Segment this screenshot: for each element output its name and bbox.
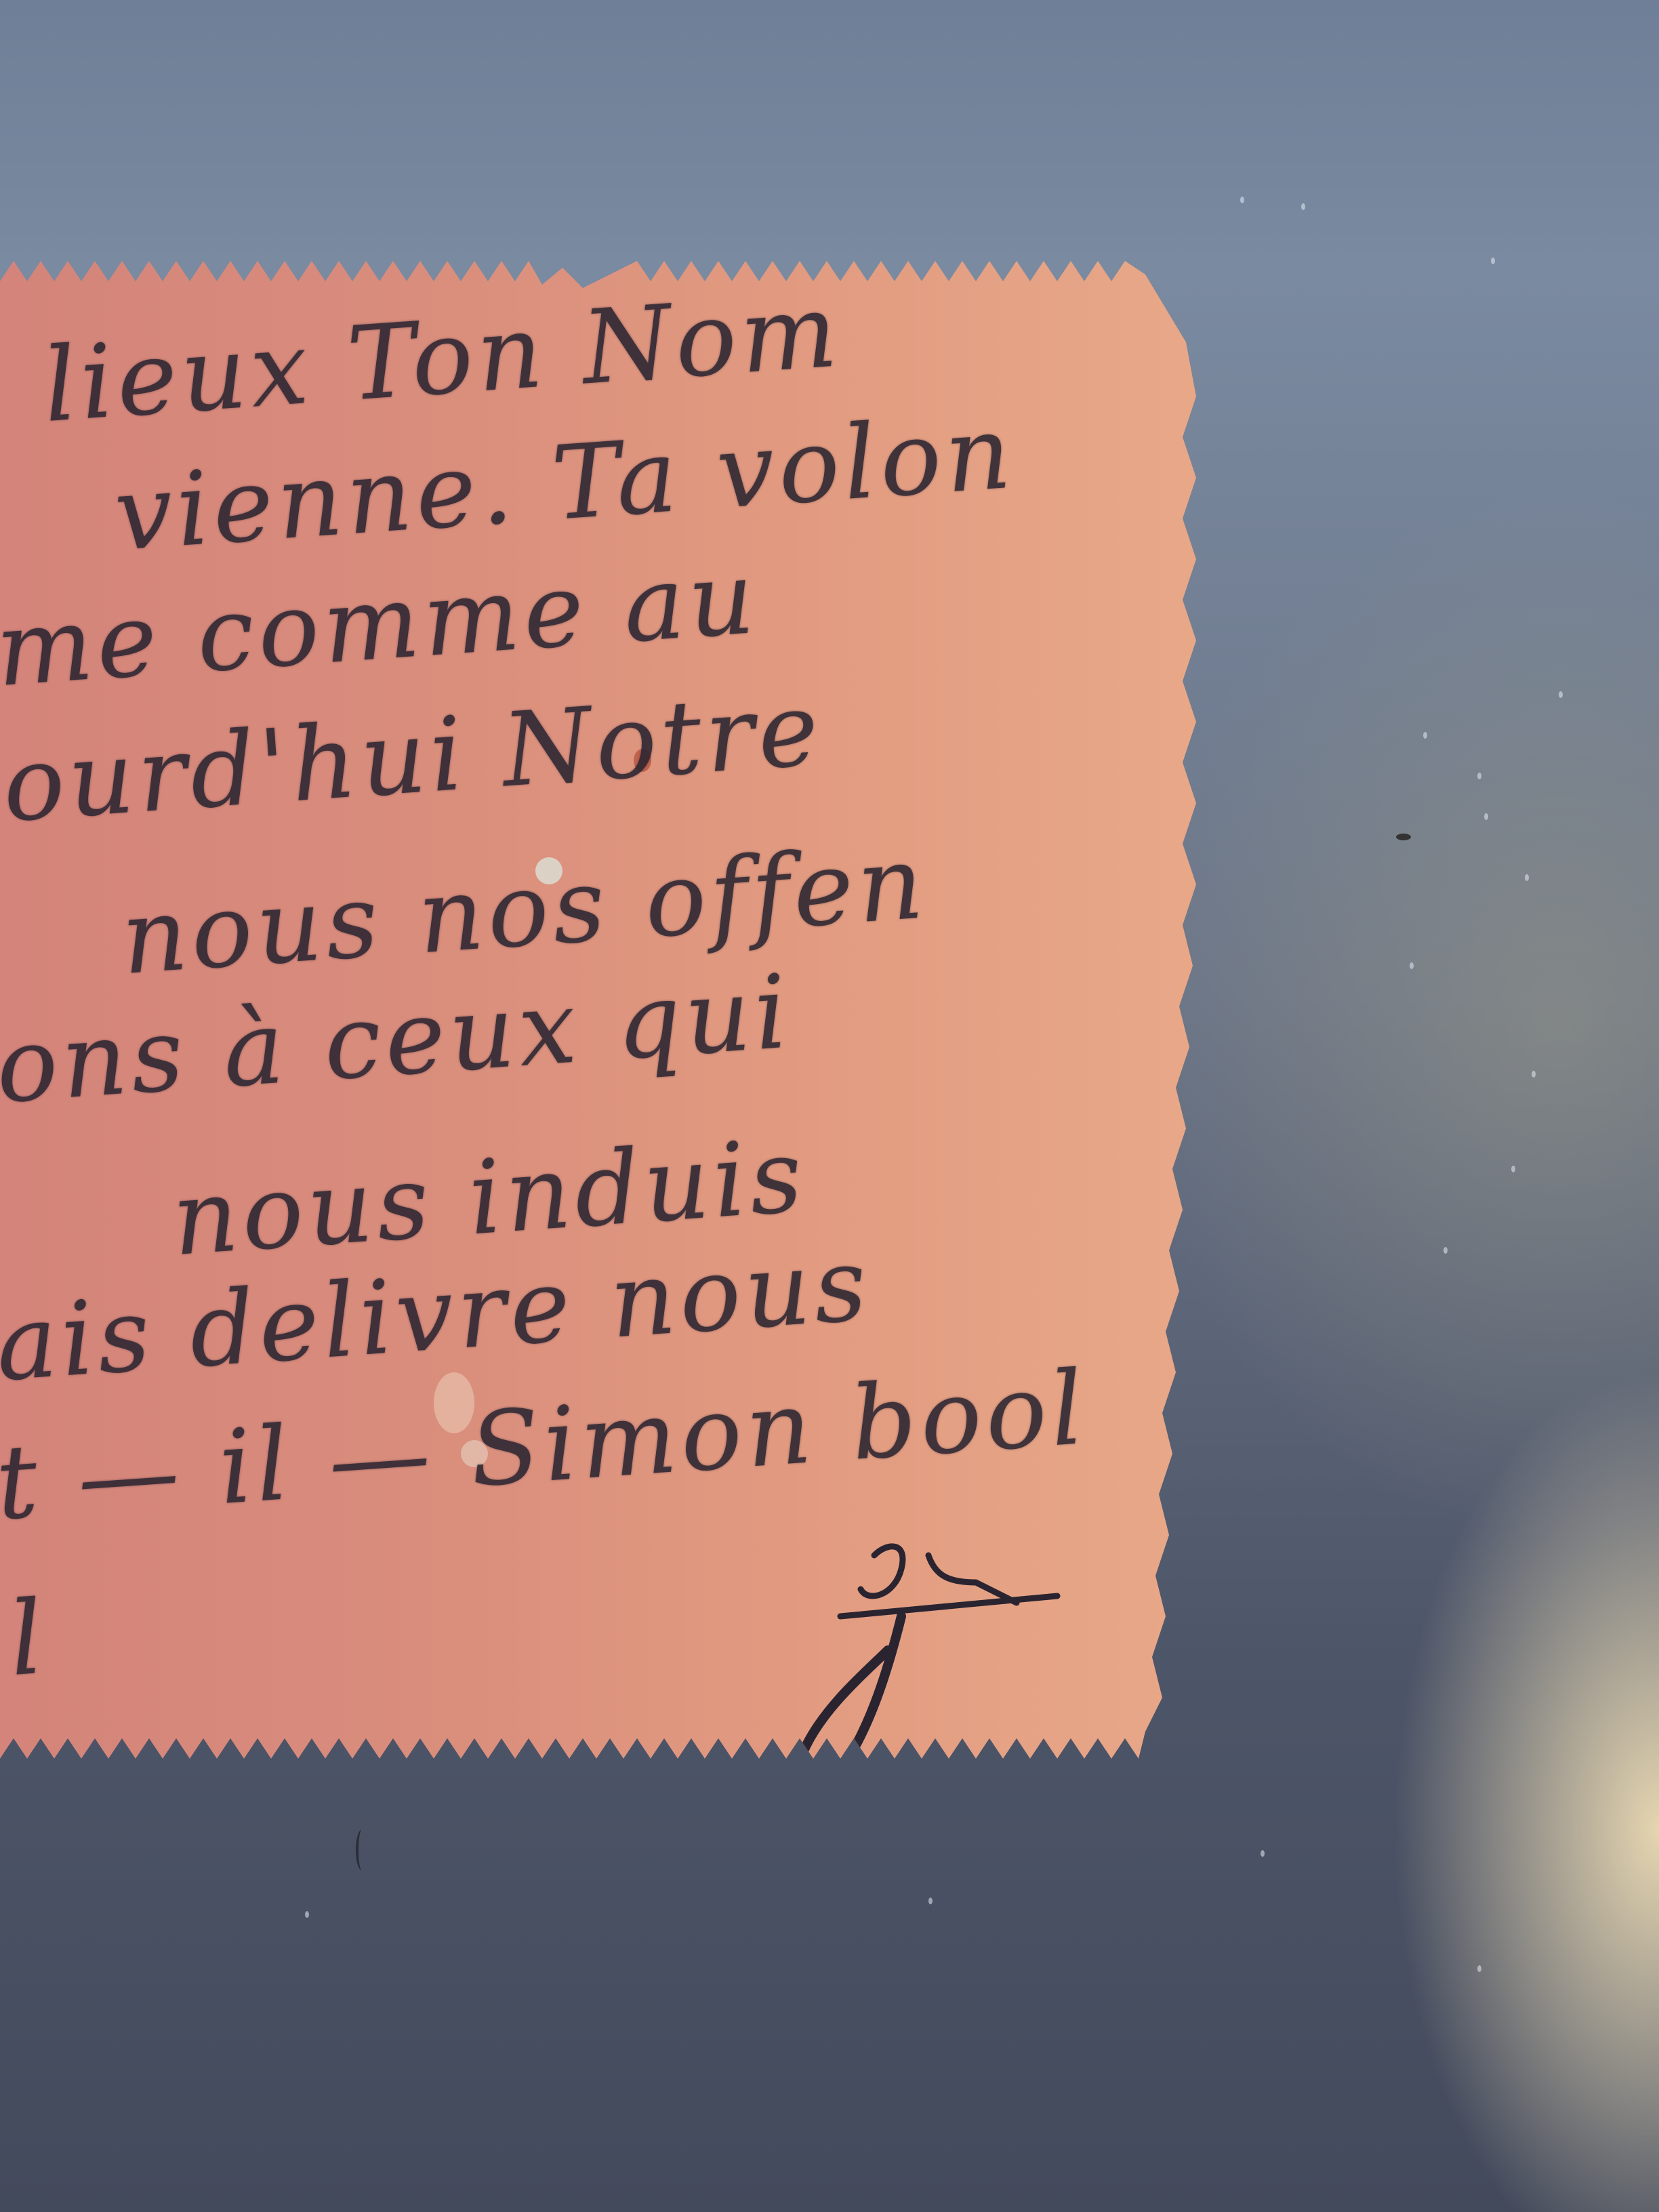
manuscript-paper: lieux Ton Nom vienne. Ta volon me comme … (0, 261, 1196, 1759)
manuscript-line-6: ons à ceux qui (0, 961, 794, 1118)
signature-mark: Jb (955, 1589, 956, 1590)
manuscript-line-5: nous nos offen (119, 832, 930, 989)
manuscript-line-3: me comme au (0, 547, 761, 701)
background-blemish (356, 1830, 368, 1870)
manuscript-bottom-fragment: l (7, 1587, 50, 1691)
background-blemish (1396, 834, 1411, 840)
manuscript-line-8: ais delivre nous (0, 1233, 874, 1396)
manuscript-line-4: ourd'hui Notre (0, 678, 825, 837)
